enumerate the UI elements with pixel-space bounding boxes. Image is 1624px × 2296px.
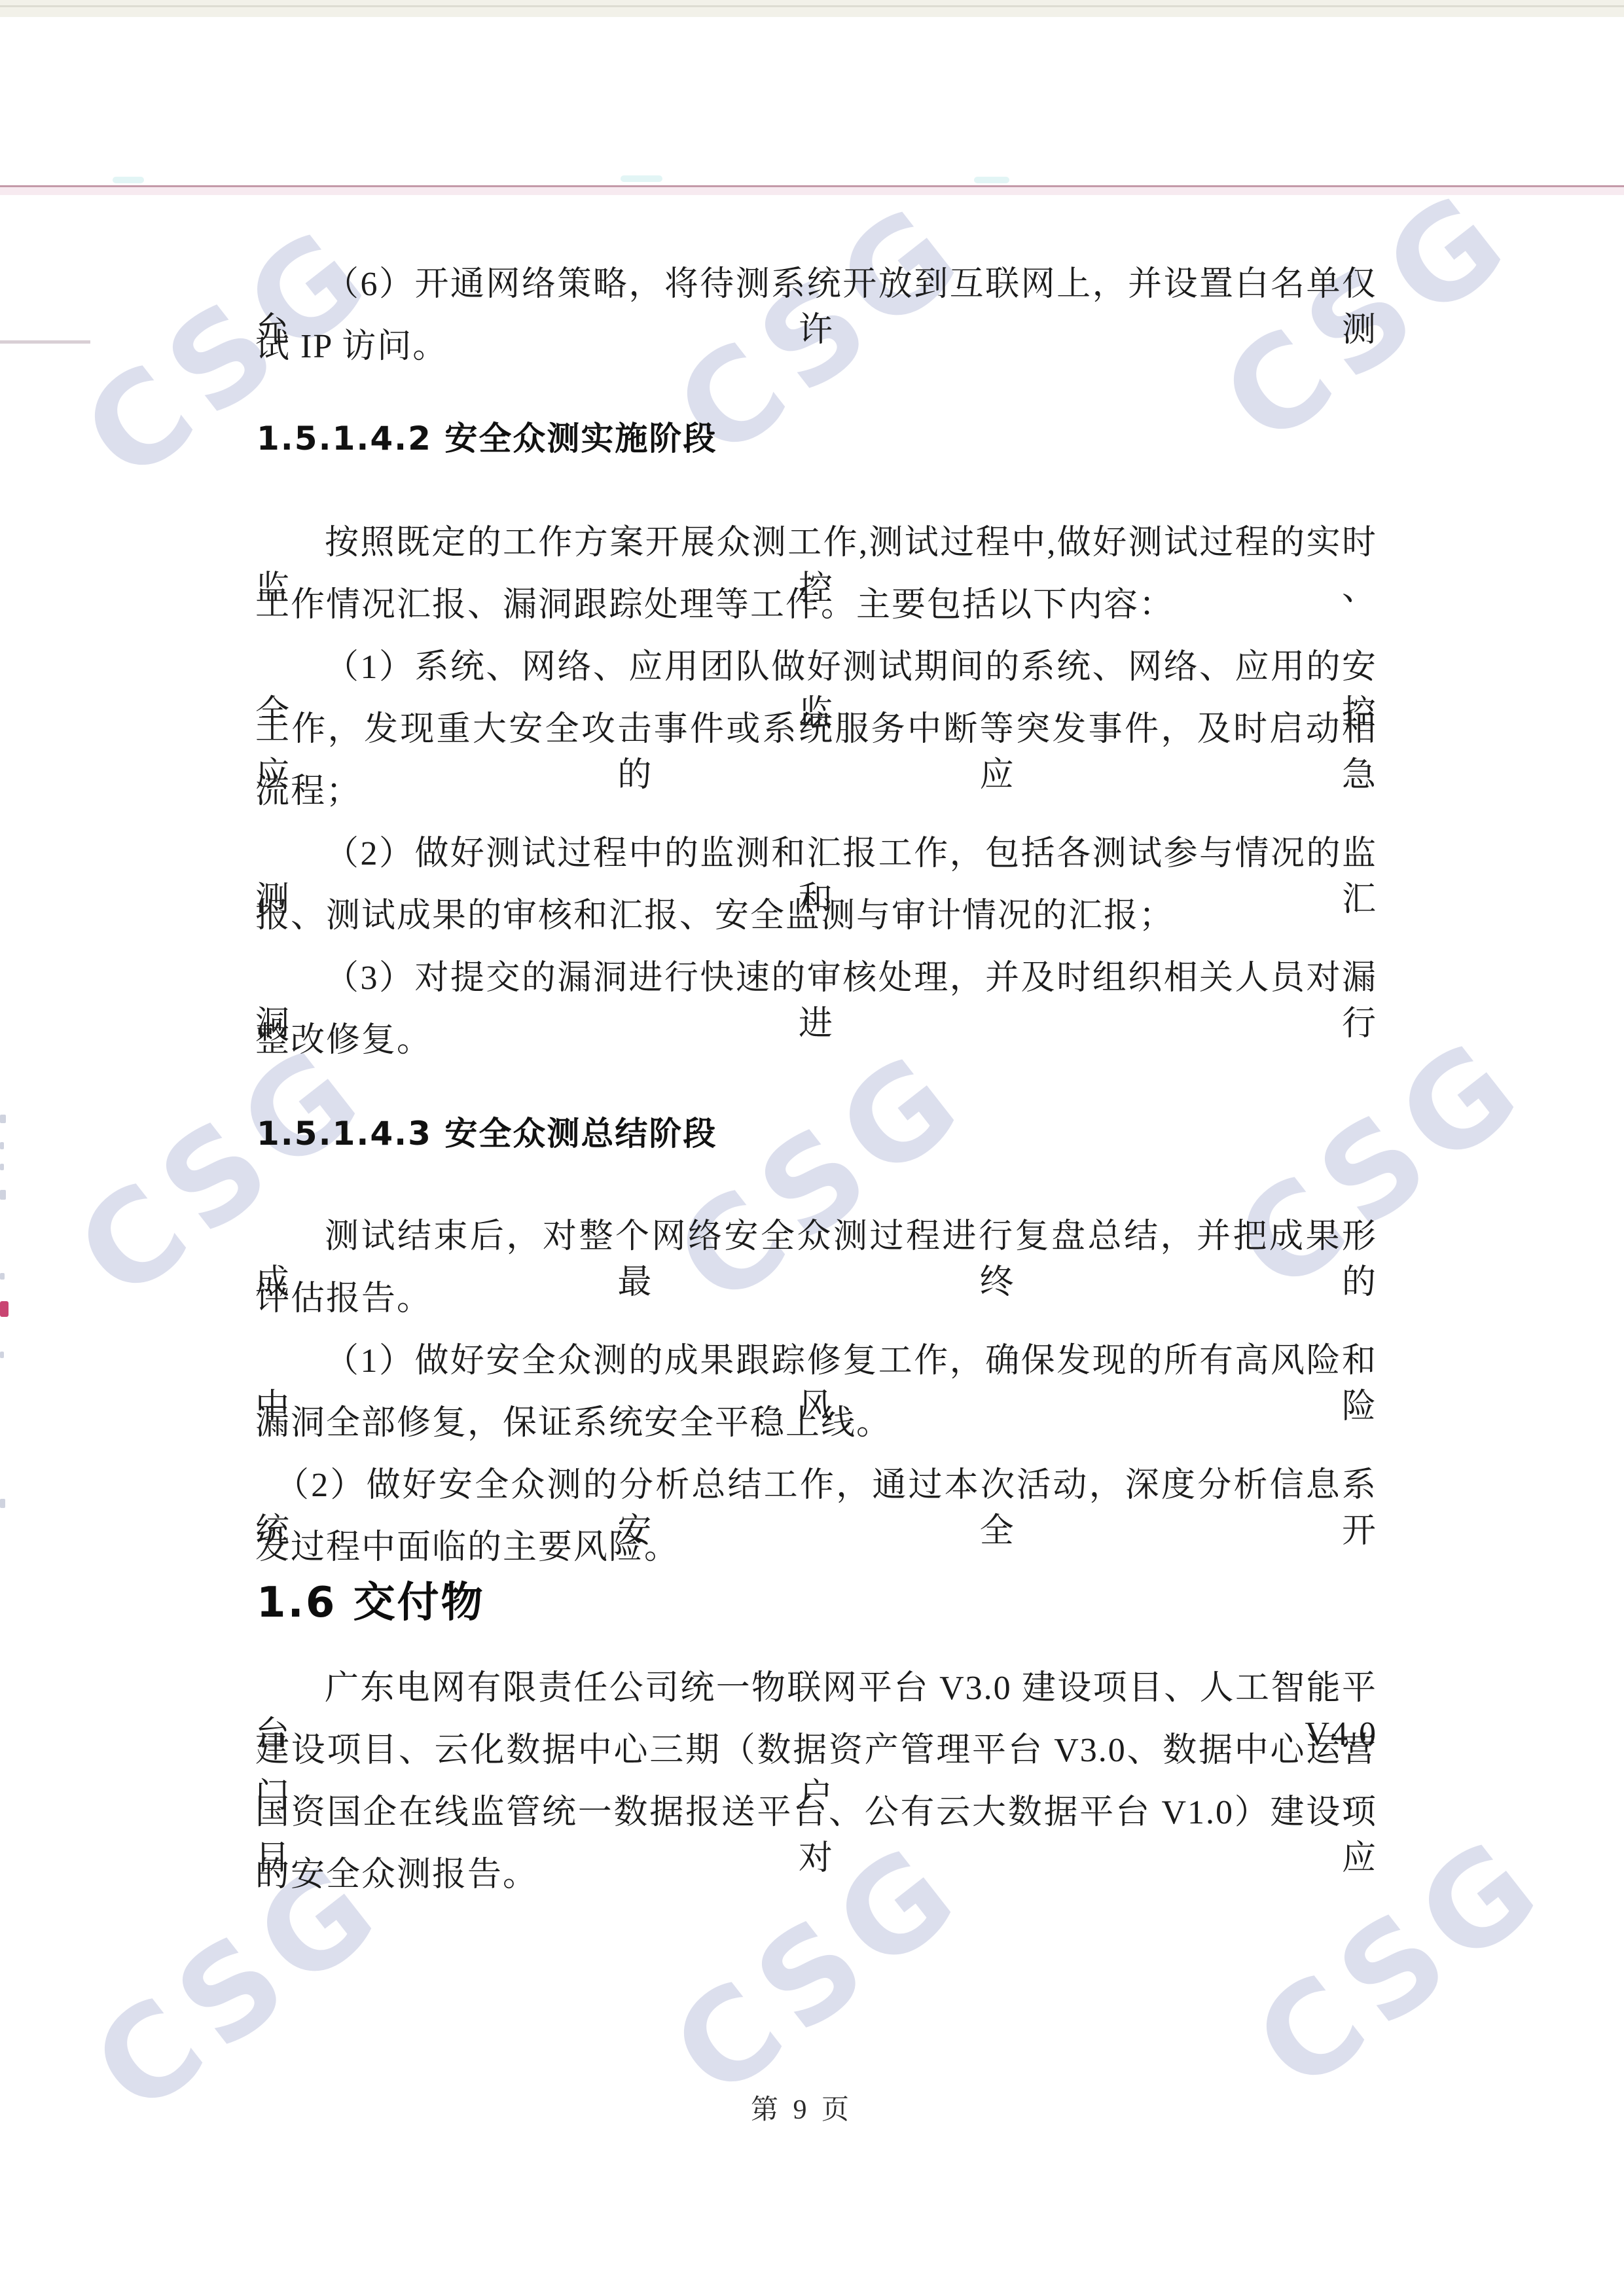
body-line: 流程；: [255, 769, 1377, 815]
scan-smudge: [113, 177, 144, 183]
body-line: 报、测试成果的审核和汇报、安全监测与审计情况的汇报；: [255, 893, 1377, 939]
scan-artifact: [0, 1190, 6, 1200]
scan-artifact: [0, 1499, 5, 1508]
body-line: 整改修复。: [255, 1018, 1377, 1064]
section-heading: 1.5.1.4.3 安全众测总结阶段: [257, 1113, 1379, 1155]
page-number: 第 9 页: [0, 2088, 1604, 2127]
body-line: 评估报告。: [255, 1276, 1377, 1322]
scan-artifact: [0, 340, 90, 344]
body-line: 漏洞全部修复，保证系统安全平稳上线。: [255, 1401, 1377, 1446]
scan-top-strip-line: [0, 5, 1624, 7]
scanned-document-page: CSG CSG CSG CSG CSG CSG CSG CSG CSG （6）开…: [0, 0, 1624, 2296]
scan-smudge: [621, 175, 662, 182]
scan-artifact: [0, 1301, 9, 1317]
scan-artifact: [0, 1352, 4, 1358]
body-line: 的安全众测报告。: [255, 1852, 1377, 1898]
body-line: 试 IP 访问。: [255, 324, 1377, 370]
scan-top-strip: [0, 0, 1624, 17]
scan-smudge: [974, 177, 1009, 183]
scan-artifact: [0, 1273, 5, 1280]
body-line: 工作情况汇报、漏洞跟踪处理等工作。主要包括以下内容：: [255, 583, 1377, 628]
section-heading: 1.5.1.4.2 安全众测实施阶段: [257, 418, 1379, 459]
body-line: 发过程中面临的主要风险。: [255, 1525, 1377, 1571]
scan-artifact: [0, 1164, 4, 1170]
pink-divider-halo: [0, 187, 1624, 195]
scan-artifact: [0, 1142, 4, 1149]
scan-artifact: [0, 1115, 6, 1123]
section-heading-major: 1.6 交付物: [257, 1577, 1379, 1628]
